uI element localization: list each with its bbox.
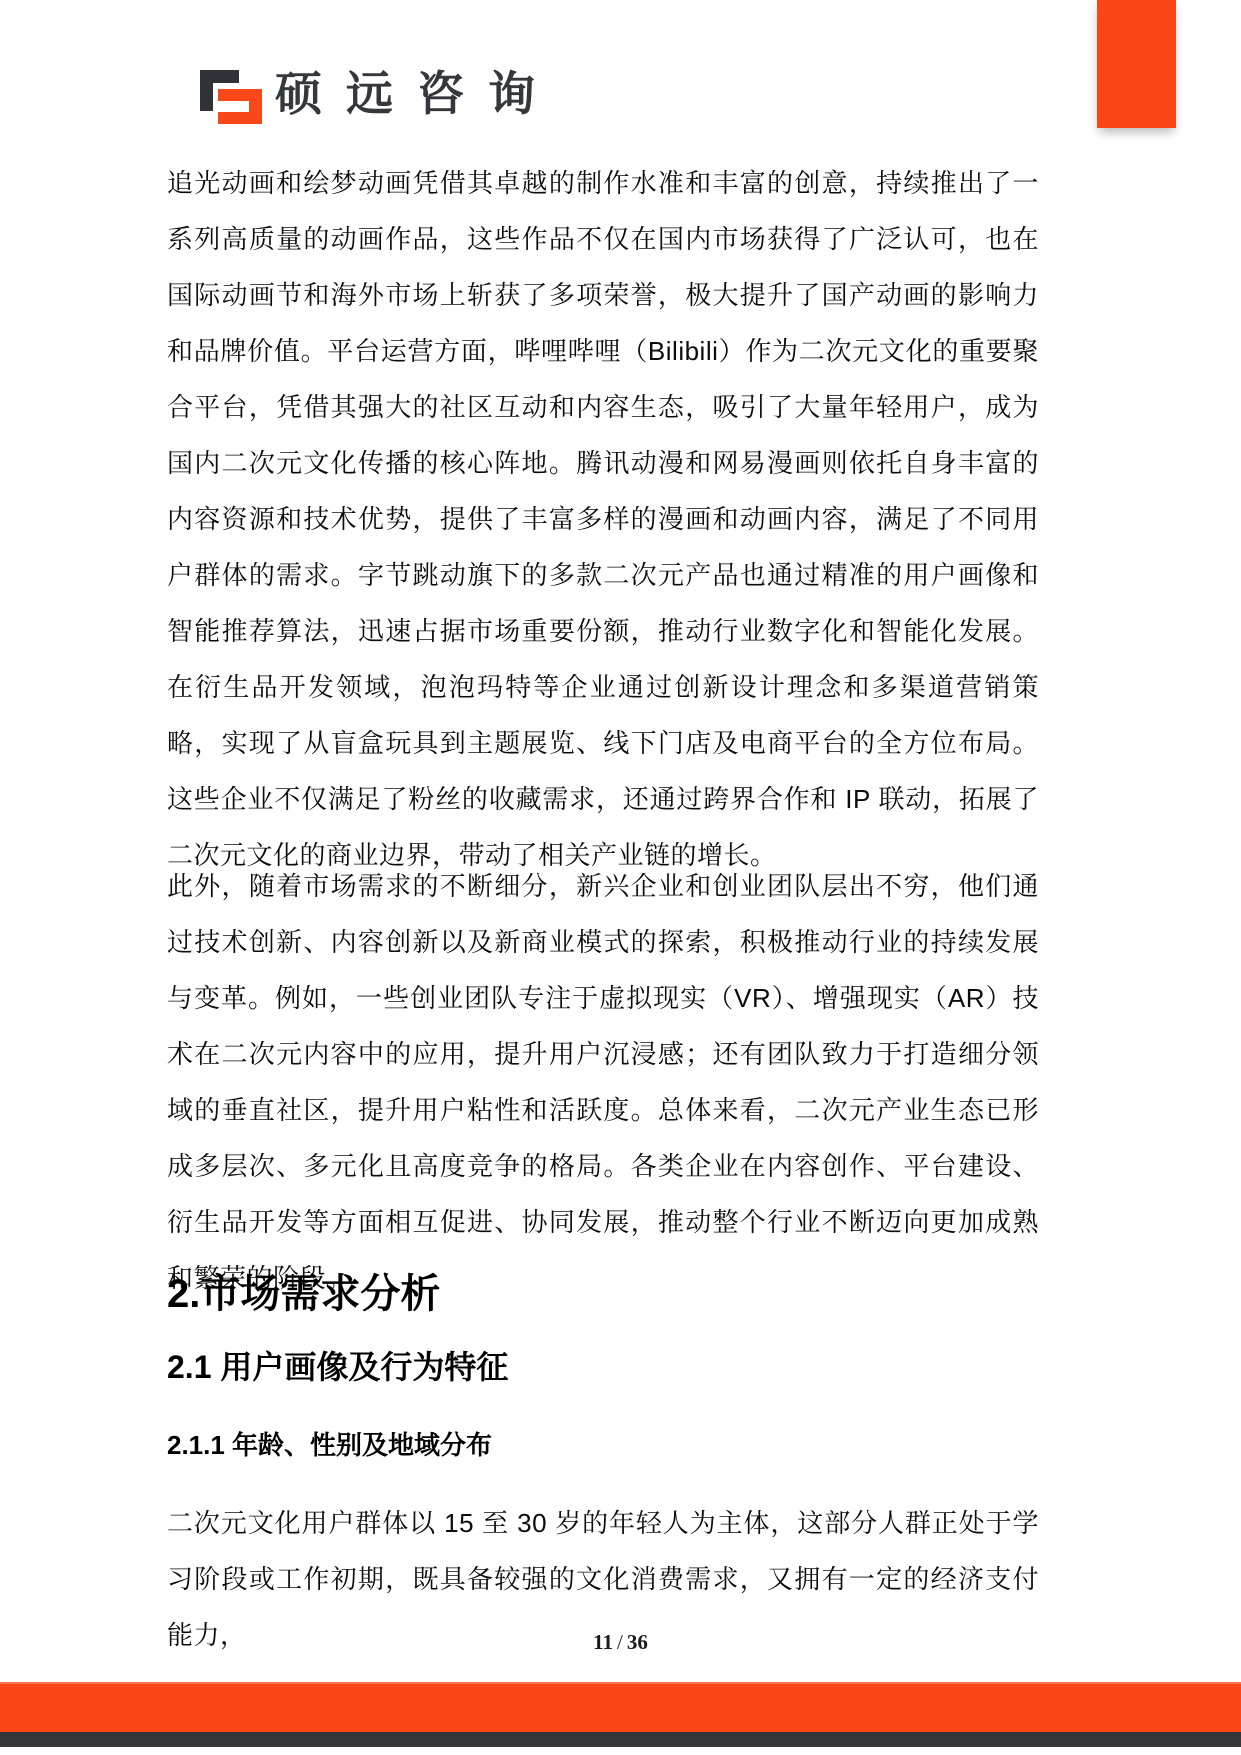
footer-accent-bar: [0, 1682, 1241, 1732]
page-number: 11/36: [0, 1630, 1241, 1655]
interlocked-squares-logo-icon: [200, 70, 262, 124]
paragraph-industry-overview: 追光动画和绘梦动画凭借其卓越的制作水准和丰富的创意，持续推出了一系列高质量的动画…: [167, 155, 1039, 883]
page-number-total: 36: [627, 1630, 648, 1654]
page-number-current: 11: [593, 1630, 613, 1654]
paragraph-market-segmentation: 此外，随着市场需求的不断细分，新兴企业和创业团队层出不穷，他们通过技术创新、内容…: [167, 858, 1039, 1306]
corner-accent-block: [1097, 0, 1176, 128]
report-page: { "page": { "accent_color": "#fb4716", "…: [0, 0, 1241, 1755]
company-name: 硕远咨询: [275, 66, 559, 126]
section-heading-market-demand: 2.市场需求分析: [167, 1268, 440, 1320]
page-number-separator: /: [613, 1630, 627, 1654]
subsubsection-heading-age-gender-region: 2.1.1 年龄、性别及地域分布: [167, 1426, 492, 1464]
footer-dark-bar: [0, 1732, 1241, 1747]
company-logo: 硕远咨询: [167, 66, 1037, 126]
logo-icon-orange-mark: [218, 89, 262, 124]
subsection-heading-user-profile: 2.1 用户画像及行为特征: [167, 1345, 508, 1389]
